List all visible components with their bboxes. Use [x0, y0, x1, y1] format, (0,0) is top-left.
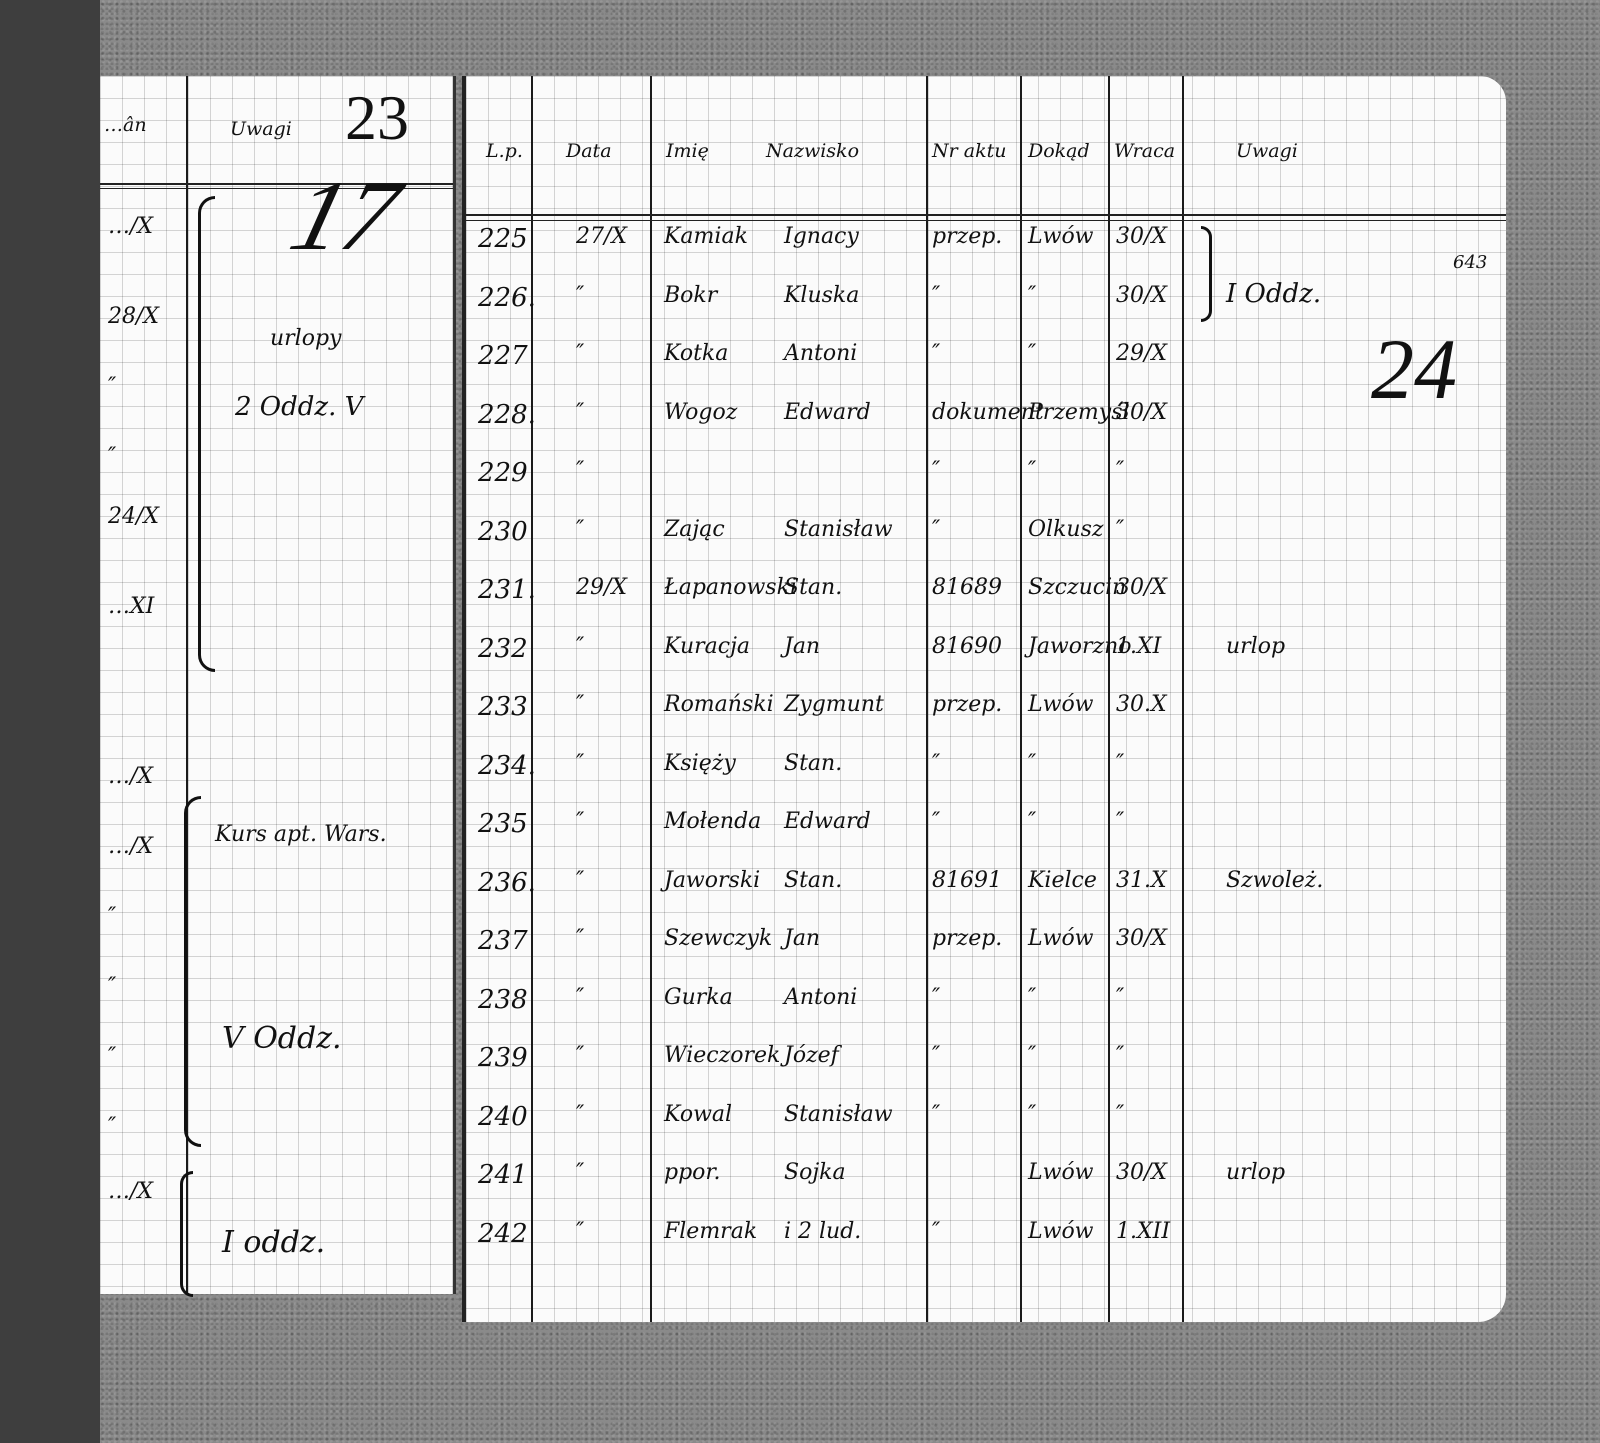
margin-date: 28/X — [108, 306, 159, 328]
cell-nazwisko: Sojka — [784, 1162, 846, 1184]
cell-dokad: Szczucin — [1028, 577, 1126, 599]
column-header: Data — [566, 142, 612, 161]
cell-nazwisko: Ignacy — [784, 226, 859, 248]
cell-data: ″ — [576, 987, 584, 1009]
cell-lp: 242 — [478, 1221, 528, 1247]
cell-wraca: 1.XI — [1116, 636, 1161, 658]
table-row: 229″″″″ — [466, 450, 1506, 500]
cell-nr: dokument — [932, 402, 1044, 424]
cell-imie: Romański — [664, 694, 774, 716]
annotation-v-oddz: V Oddz. — [222, 1024, 342, 1054]
cell-lp: 241 — [478, 1162, 528, 1188]
cell-imie: Kamiak — [664, 226, 748, 248]
cell-imie: Jaworski — [664, 870, 760, 892]
corner-page-number: 24 — [1371, 326, 1457, 412]
cell-imie: Flemrak — [664, 1221, 757, 1243]
cell-nazwisko: i 2 lud. — [784, 1221, 861, 1243]
table-row: 226.″BokrKluska″″30/X — [466, 275, 1506, 325]
annotation-urlopy: urlopy — [270, 328, 341, 350]
cell-nr: ″ — [932, 811, 940, 833]
cell-wraca: 30/X — [1116, 226, 1167, 248]
cell-wraca: 30/X — [1116, 402, 1167, 424]
cell-nr: 81691 — [932, 870, 1002, 892]
cell-lp: 233 — [478, 694, 528, 720]
cell-imie: Kuracja — [664, 636, 750, 658]
cell-dokad: Przemyśl — [1028, 402, 1130, 424]
brace-middle — [184, 796, 201, 1147]
column-header: Nazwisko — [766, 142, 859, 161]
cell-lp: 240 — [478, 1104, 528, 1130]
cell-data: ″ — [576, 343, 584, 365]
cell-lp: 232 — [478, 636, 528, 662]
margin-date: …/X — [108, 216, 153, 238]
cell-nazwisko: Stanisław — [784, 1104, 893, 1126]
cell-dokad: ″ — [1028, 1104, 1036, 1126]
cell-data: ″ — [576, 1104, 584, 1126]
column-header: Wraca — [1114, 142, 1175, 161]
margin-date: ″ — [108, 906, 116, 928]
cell-lp: 238 — [478, 987, 528, 1013]
cell-dokad: Lwów — [1028, 1221, 1094, 1243]
cell-data: ″ — [576, 928, 584, 950]
cell-data: ″ — [576, 1045, 584, 1067]
table-row: 242″Flemraki 2 lud.″Lwów1.XII — [466, 1211, 1506, 1261]
cell-nr: przep. — [932, 226, 1002, 248]
cell-nr: ″ — [932, 1104, 940, 1126]
cell-data: 29/X — [576, 577, 627, 599]
cell-imie: Mołenda — [664, 811, 761, 833]
margin-date: 24/X — [108, 506, 159, 528]
cell-data: ″ — [576, 694, 584, 716]
cell-lp: 235 — [478, 811, 528, 837]
cell-dokad: Olkusz — [1028, 519, 1103, 541]
cell-lp: 231. — [478, 577, 536, 603]
annotation-oddz-v: 2 Oddz. V — [235, 394, 363, 420]
cell-nr: ″ — [932, 460, 940, 482]
cell-dokad: Kielce — [1028, 870, 1097, 892]
page-number-top: 23 — [345, 86, 409, 150]
brace-label: I Oddz. — [1226, 281, 1321, 307]
table-row: 241″ppor.SojkaLwów30/Xurlop — [466, 1152, 1506, 1202]
cell-nazwisko: Stan. — [784, 870, 842, 892]
annotation-kurs: Kurs apt. Wars. — [215, 824, 387, 846]
cell-data: ″ — [576, 519, 584, 541]
cell-lp: 228. — [478, 402, 536, 428]
cell-imie: Księży — [664, 753, 736, 775]
ledger-right-page: L.p.DataImięNazwiskoNr aktuDokądWracaUwa… — [462, 76, 1506, 1322]
brace-bottom — [180, 1171, 193, 1297]
cell-nr: 81690 — [932, 636, 1002, 658]
margin-date: …/X — [108, 1181, 153, 1203]
margin-date: …/X — [108, 766, 153, 788]
column-header: Nr aktu — [932, 142, 1006, 161]
margin-date: ″ — [108, 1116, 116, 1138]
column-header: Imię — [666, 142, 709, 161]
cell-data: ″ — [576, 870, 584, 892]
cell-dokad: ″ — [1028, 811, 1036, 833]
cell-dokad: ″ — [1028, 1045, 1036, 1067]
cell-dokad: ″ — [1028, 987, 1036, 1009]
cell-lp: 226. — [478, 285, 536, 311]
cell-wraca: 30.X — [1116, 694, 1167, 716]
brace-right — [1201, 226, 1212, 322]
cell-nr: 81689 — [932, 577, 1002, 599]
cell-lp: 229 — [478, 460, 528, 486]
cell-wraca: ″ — [1116, 1104, 1124, 1126]
cell-nazwisko: Edward — [784, 402, 871, 424]
table-row: 231.29/XŁapanowskiStan.81689Szczucin30/X — [466, 567, 1506, 617]
cell-imie: Zając — [664, 519, 725, 541]
cell-data: ″ — [576, 636, 584, 658]
cell-imie: ppor. — [664, 1162, 721, 1184]
cell-nazwisko: Jan — [784, 636, 820, 658]
cell-nr: ″ — [932, 285, 940, 307]
cell-data: ″ — [576, 811, 584, 833]
cell-imie: Kotka — [664, 343, 728, 365]
cell-nazwisko: Jan — [784, 928, 820, 950]
cell-wraca: 30/X — [1116, 928, 1167, 950]
table-row: 233″RomańskiZygmuntprzep.Lwów30.X — [466, 684, 1506, 734]
margin-date: ″ — [108, 1046, 116, 1068]
cell-uwagi: Szwoleż. — [1226, 870, 1323, 892]
cell-wraca: 30/X — [1116, 285, 1167, 307]
cell-dokad: Lwów — [1028, 928, 1094, 950]
cell-wraca: ″ — [1116, 460, 1124, 482]
cell-nazwisko: Antoni — [784, 343, 857, 365]
column-header: Uwagi — [1236, 142, 1298, 161]
cell-imie: Bokr — [664, 285, 717, 307]
cell-dokad: ″ — [1028, 460, 1036, 482]
table-row: 232″KuracjaJan81690Jaworzno1.XIurlop — [466, 626, 1506, 676]
corner-small-number: 643 — [1453, 254, 1487, 272]
cell-nr: przep. — [932, 694, 1002, 716]
left-header-remarks: Uwagi — [230, 120, 292, 139]
margin-date: ″ — [108, 976, 116, 998]
cell-nr: ″ — [932, 987, 940, 1009]
cell-lp: 227 — [478, 343, 528, 369]
cell-lp: 236. — [478, 870, 536, 896]
table-row: 22527/XKamiakIgnacyprzep.Lwów30/X — [466, 216, 1506, 266]
ledger-left-page: …ân Uwagi 23 17 …/X28/X″″24/X…XI…/X…/X″″… — [100, 76, 456, 1294]
table-row: 234.″KsiężyStan.″″″ — [466, 743, 1506, 793]
table-row: 228.″WogozEdwarddokumentPrzemyśl30/X — [466, 392, 1506, 442]
table-row: 230″ZającStanisław″Olkusz″ — [466, 509, 1506, 559]
margin-date: …/X — [108, 836, 153, 858]
left-header-col1: …ân — [104, 116, 147, 135]
cell-dokad: ″ — [1028, 343, 1036, 365]
cell-data: ″ — [576, 402, 584, 424]
table-row: 237″SzewczykJanprzep.Lwów30/X — [466, 918, 1506, 968]
cell-wraca: 1.XII — [1116, 1221, 1170, 1243]
cell-dokad: ″ — [1028, 753, 1036, 775]
cell-imie: Kowal — [664, 1104, 732, 1126]
table-row: 238″GurkaAntoni″″″ — [466, 977, 1506, 1027]
cell-wraca: 30/X — [1116, 577, 1167, 599]
cell-dokad: ″ — [1028, 285, 1036, 307]
cell-imie: Gurka — [664, 987, 733, 1009]
annotation-i-oddz: I oddz. — [222, 1228, 325, 1258]
cell-nazwisko: Stan. — [784, 577, 842, 599]
cell-wraca: ″ — [1116, 519, 1124, 541]
column-header: L.p. — [486, 142, 523, 161]
margin-date: ″ — [108, 446, 116, 468]
cell-nazwisko: Zygmunt — [784, 694, 884, 716]
margin-date: …XI — [108, 596, 154, 618]
cell-data: ″ — [576, 753, 584, 775]
cell-lp: 230 — [478, 519, 528, 545]
scan-dark-edge — [0, 0, 100, 1443]
table-row: 236.″JaworskiStan.81691Kielce31.XSzwoleż… — [466, 860, 1506, 910]
margin-date: ″ — [108, 376, 116, 398]
cell-nr: ″ — [932, 1045, 940, 1067]
cell-imie: Wogoz — [664, 402, 737, 424]
cell-nr: ″ — [932, 753, 940, 775]
cell-dokad: Lwów — [1028, 226, 1094, 248]
cell-nr: ″ — [932, 343, 940, 365]
cell-dokad: Lwów — [1028, 1162, 1094, 1184]
cell-data: ″ — [576, 1162, 584, 1184]
cell-lp: 225 — [478, 226, 528, 252]
cell-data: ″ — [576, 1221, 584, 1243]
cell-nazwisko: Edward — [784, 811, 871, 833]
table-row: 239″WieczorekJózef″″″ — [466, 1035, 1506, 1085]
table-row: 227″KotkaAntoni″″29/X — [466, 333, 1506, 383]
cell-dokad: Lwów — [1028, 694, 1094, 716]
cell-nazwisko: Stanisław — [784, 519, 893, 541]
cell-wraca: ″ — [1116, 987, 1124, 1009]
cell-imie: Wieczorek — [664, 1045, 780, 1067]
cell-imie: Łapanowski — [664, 577, 797, 599]
cell-nazwisko: Józef — [784, 1045, 839, 1067]
cell-uwagi: urlop — [1226, 636, 1285, 658]
cell-imie: Szewczyk — [664, 928, 772, 950]
table-row: 240″KowalStanisław″″″ — [466, 1094, 1506, 1144]
cell-wraca: 29/X — [1116, 343, 1167, 365]
column-header: Dokąd — [1028, 142, 1090, 161]
cell-data: 27/X — [576, 226, 627, 248]
cell-wraca: 30/X — [1116, 1162, 1167, 1184]
cell-nazwisko: Stan. — [784, 753, 842, 775]
cell-wraca: ″ — [1116, 1045, 1124, 1067]
cell-nr: przep. — [932, 928, 1002, 950]
cell-lp: 237 — [478, 928, 528, 954]
cell-lp: 239 — [478, 1045, 528, 1071]
cell-data: ″ — [576, 285, 584, 307]
table-row: 235″MołendaEdward″″″ — [466, 801, 1506, 851]
cell-nazwisko: Antoni — [784, 987, 857, 1009]
cell-wraca: 31.X — [1116, 870, 1167, 892]
page-number-struck: 17 — [282, 166, 409, 266]
cell-uwagi: urlop — [1226, 1162, 1285, 1184]
cell-nr: ″ — [932, 519, 940, 541]
cell-lp: 234. — [478, 753, 536, 779]
cell-wraca: ″ — [1116, 753, 1124, 775]
cell-nr: ″ — [932, 1221, 940, 1243]
cell-data: ″ — [576, 460, 584, 482]
cell-nazwisko: Kluska — [784, 285, 859, 307]
brace-upper — [198, 196, 215, 672]
cell-wraca: ″ — [1116, 811, 1124, 833]
